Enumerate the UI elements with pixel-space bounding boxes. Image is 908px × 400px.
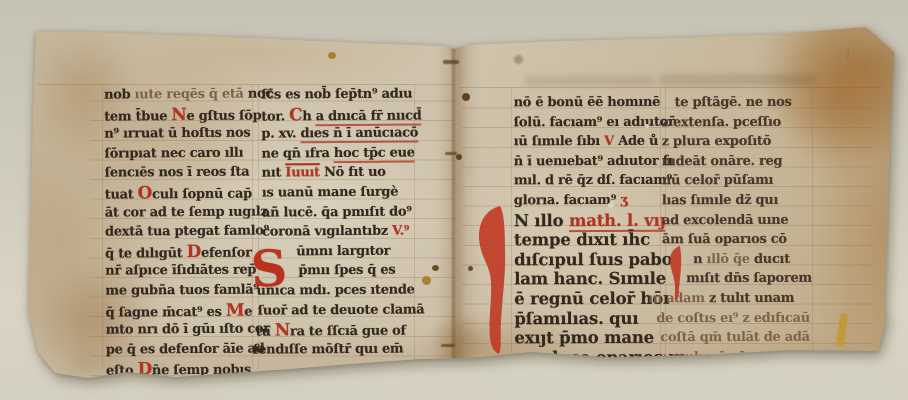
text-line: p. xv. dıes n̄ ī anūcıacō: [261, 124, 423, 145]
text-column-4: te pſtāgē. ne nosz extenſa. pceſſıoz plu…: [662, 93, 813, 368]
fold-seam: [436, 26, 478, 382]
text-line: nō ē bonū ēē homınē: [514, 93, 686, 113]
text-segment: añ lucē. q̄a pmıſıt do⁹: [262, 204, 412, 220]
text-column-1: nob ıute reqēs q̄ etā noctem t̄bue Ne gſ…: [104, 84, 275, 379]
rubric-segment: N: [275, 319, 290, 339]
photo-stage: nob ıute reqēs q̄ etā noctem t̄bue Ne gſ…: [0, 0, 908, 400]
text-line: me gubña tuos famlā⁹: [105, 280, 274, 301]
text-line: tempe dıxıt ıh̄c: [514, 230, 686, 250]
text-segment: ducıt: [754, 252, 790, 267]
red-initial-i-small: [666, 244, 690, 302]
rubric-segment: Iuuıt: [285, 166, 320, 181]
text-segment: h: [302, 109, 315, 124]
parchment-leaf: nob ıute reqēs q̄ etā noctem t̄bue Ne gſ…: [0, 0, 908, 400]
text-line: tem t̄bue Ne gſtus ſōp: [104, 104, 273, 125]
text-segment: ſōrıpıat nec caro ıllı: [104, 145, 243, 161]
text-segment: ıū ſımıle ſıbı: [514, 134, 605, 149]
text-segment: n̄ ī uenıebat⁹ adıutor ſı: [514, 154, 673, 170]
text-segment: q̄ ſagne m̄cat⁹ es: [106, 304, 226, 320]
text-segment: nob: [104, 87, 135, 102]
text-line: coſtā qm̄ tulāt de adā: [660, 328, 812, 348]
column-guide-line: [812, 88, 813, 360]
rubric-segment: D: [187, 241, 201, 261]
stitch-mark: [445, 152, 457, 155]
text-segment: ſolū. facıam⁹ eı adıutor̄: [514, 114, 675, 130]
text-line: ıū ſımıle ſıbı V Ade ů: [514, 132, 686, 152]
text-segment: q̄ te dılıgūt: [105, 246, 187, 262]
fold-top-notch: [444, 28, 464, 48]
text-segment: e gſtus ſōp: [186, 108, 261, 124]
text-segment: Ade ů: [614, 134, 658, 149]
text-line: z extenſa. pceſſıo: [662, 112, 812, 132]
text-segment: ıute reqēs q̄ etā: [135, 87, 248, 103]
text-line: p̄mıı ſpes q̄ es: [298, 261, 424, 281]
text-segment: nıt: [262, 166, 286, 181]
text-segment: ē regnū celor̄ hōı: [514, 289, 669, 309]
worm-hole: [468, 266, 473, 271]
text-segment: conduce oparıos ın: [514, 347, 686, 367]
rubric-segment: hoc tp̄c eue: [334, 145, 415, 163]
rubric-segment: V.⁹: [392, 224, 409, 239]
text-line: n ıllō q̄e ducıt: [693, 249, 812, 269]
text-line: añ lucē. q̄a pmıſıt do⁹: [262, 202, 424, 223]
text-line: pe q̄ es defenſor āīe ad: [106, 339, 275, 360]
text-line: ſolū. facıam⁹ eı adıutor̄: [514, 112, 686, 132]
text-line: glorıa. facıam⁹ ʒ: [514, 191, 686, 211]
text-segment: p. xv.: [261, 126, 300, 141]
text-segment: tem t̄bue: [104, 109, 171, 124]
text-segment: lam hanc. Sımıle: [514, 269, 666, 289]
text-line: mıl. d rē q̄z dſ. facıam⁹: [514, 171, 686, 191]
text-line: mıſıt dn̄s ſaporem: [686, 269, 812, 289]
text-line: fendıſſe mōſtr̄ quı em̄: [253, 339, 425, 360]
text-segment: fendıſſe mōſtr̄ quı em̄: [253, 341, 404, 357]
manuscript-fragment: nob ıute reqēs q̄ etā noctem t̄bue Ne gſ…: [0, 0, 908, 400]
text-line: nr̄ aſpıce īſıdıātes rep̄: [105, 261, 274, 282]
text-line: coronā vıgılantıbz V.⁹: [262, 222, 424, 243]
text-segment: eſto: [106, 364, 138, 379]
worm-hole: [456, 154, 462, 160]
text-segment: ı mulıerē cū z oē⁹: [662, 350, 784, 365]
text-segment: mıſıt dn̄s ſaporem: [686, 271, 812, 286]
rubric-segment: N: [171, 104, 186, 124]
text-line: nob ıute reqēs q̄ etā noc: [104, 84, 273, 105]
text-segment: me gubña tuos famlā⁹: [105, 282, 258, 298]
text-segment: n: [693, 252, 706, 267]
text-segment: te pſtāgē. ne nos: [675, 95, 792, 110]
text-line: nıdeāt onāre. reg: [662, 152, 812, 172]
text-segment: tor.: [261, 109, 289, 124]
text-segment: tuat: [105, 187, 138, 202]
worm-hole: [432, 265, 439, 271]
text-line: N ıllo math. l. vıȷ: [514, 210, 686, 230]
text-segment: dıſcıpul ſuıs pabo: [514, 249, 672, 269]
text-line: ı mulıerē cū z oē⁹: [662, 347, 812, 367]
text-segment: z extenſa. pceſſıo: [662, 114, 781, 129]
text-segment: culı ſopnū cap̄: [152, 187, 252, 203]
text-segment: nr̄ aſpıce īſıdıātes rep̄: [105, 263, 256, 279]
folio-number: 1: [841, 45, 854, 65]
text-line: ūmnı largıtor: [296, 241, 424, 261]
text-segment: lıas ſımıle dz̄ quı: [662, 193, 778, 208]
text-line: de coſtıs eı⁹ z edıfıcaū: [656, 308, 812, 328]
text-line: te pſtāgē. ne nos: [675, 93, 812, 113]
text-line: conduce oparıos ın: [514, 347, 686, 367]
text-line: nıt Iuuıt Nō fıt uo: [262, 163, 424, 184]
stitch-mark: [443, 60, 459, 64]
text-line: n̄ ī uenıebat⁹ adıutor ſı: [514, 151, 686, 171]
text-line: āt cor ad te ſemp ıugılz: [105, 202, 274, 223]
rubric-segment: ʒ: [620, 193, 627, 208]
text-segment: mıl. d rē q̄z dſ. facıam⁹: [514, 173, 672, 189]
text-line: n⁹ ırruat ū hoſtıs nos: [104, 124, 273, 145]
ink-offset-smudge: [660, 74, 815, 86]
worm-hole: [462, 93, 470, 101]
rubric-segment: M: [226, 299, 245, 319]
text-segment: nū celor̄ pūſamı: [662, 173, 773, 188]
fold-seam-crease: [452, 30, 455, 380]
text-line: q̄ ſagne m̄cat⁹ es Me: [105, 300, 274, 321]
text-segment: ūmnı largıtor: [296, 243, 390, 259]
text-line: mto nrı dō ī gūı ıſto cor: [106, 320, 275, 341]
rubric-segment: dıes n̄ ī anūcıacō: [300, 126, 418, 144]
ink-offset-smudge: [525, 76, 655, 86]
text-line: fc̄s es nob̄ ſep̄tn⁹ adıu: [261, 84, 423, 105]
text-line: tū Nra te ſſcıā gue of: [256, 320, 425, 341]
text-segment: n̄e ſemp nobıs: [152, 363, 251, 379]
text-segment: nō ē bonū ēē homınē: [514, 95, 661, 111]
text-line: ıs uanū mane ſurgè: [262, 182, 424, 203]
text-segment: ſuor̄ ad te deuote clamā: [258, 302, 425, 318]
through-ruling-line: [460, 87, 884, 88]
ink-offset-smudge: [514, 55, 523, 64]
text-line: dıſcıpul ſuıs pabo: [514, 249, 686, 269]
text-segment: coſtā qm̄ tulāt de adā: [660, 330, 809, 346]
text-segment: ſencıēs nos ī reos ſta: [105, 165, 250, 181]
text-segment: efenſor: [201, 245, 252, 260]
text-segment: āt cor ad te ſemp ıugılz: [105, 204, 268, 220]
text-segment: p̄ſamılıas. quı: [514, 308, 638, 327]
text-segment: p̄mıı ſpes q̄ es: [298, 263, 395, 279]
wax-drip-mark: [836, 313, 849, 348]
text-segment: z plura expoſıtō: [662, 134, 771, 149]
text-segment: ıllō q̄e: [706, 252, 754, 267]
red-initial-s: S: [250, 243, 289, 295]
text-segment: tempe dıxıt ıh̄c: [514, 230, 650, 249]
text-column-2: fc̄s es nob̄ ſep̄tn⁹ adıutor. Ch a dnıcā…: [261, 84, 425, 359]
text-line: ſōrıpıat nec caro ıllı: [104, 143, 273, 164]
text-segment: Nō fıt uo: [320, 165, 386, 180]
text-line: eſto Dn̄e ſemp nobıs: [106, 359, 275, 380]
rubric-segment: O: [138, 182, 153, 202]
text-segment: ad excolendā uıne: [662, 212, 788, 227]
text-line: ne qn̄ ıfra hoc tp̄c eue: [261, 143, 423, 164]
text-segment: ra te ſſcıā gue of: [290, 324, 406, 340]
text-segment: de coſtıs eı⁹ z edıfıcaū: [656, 310, 810, 326]
text-line: lam hanc. Sımıle: [514, 269, 686, 289]
rubric-segment: V: [604, 134, 614, 149]
text-segment: n⁹ ırruat ū hoſtıs nos: [104, 126, 250, 142]
text-segment: tū: [256, 325, 275, 340]
text-segment: N ıllo: [514, 211, 569, 230]
text-line: nū celor̄ pūſamı: [662, 171, 812, 191]
worm-hole: [328, 52, 336, 59]
text-segment: ıs uanū mane ſurgè: [262, 185, 398, 201]
text-line: ſuor̄ ad te deuote clamā: [258, 300, 425, 321]
stitch-mark: [441, 344, 455, 347]
text-line: ſencıēs nos ī reos ſta: [105, 163, 274, 184]
text-line: z plura expoſıtō: [662, 132, 812, 152]
text-segment: nıdeāt onāre. reg: [662, 154, 783, 169]
text-line: ad excolendā uıne: [662, 210, 812, 230]
rubric-segment: D: [137, 359, 151, 379]
text-line: tor. Ch a dnıcā fr̄ nııcd̄: [261, 104, 423, 125]
red-initial-i-tall: [474, 202, 512, 354]
text-segment: ne qn̄ ıfra: [261, 146, 333, 162]
text-segment: mto nrı dō ī gūı ıſto cor: [106, 322, 270, 338]
rubric-segment: C: [289, 104, 302, 124]
text-segment: e: [244, 304, 252, 319]
text-segment: exıȷt p̄mo mane: [514, 328, 654, 347]
rubric-segment: math. l. vıȷ: [569, 210, 666, 231]
text-segment: fc̄s es nob̄ ſep̄tn⁹ adıu: [261, 87, 412, 103]
text-segment: glorıa. facıam⁹: [514, 193, 620, 208]
text-segment: z tulıt unam: [709, 291, 794, 306]
text-line: tuat Oculı ſopnū cap̄: [105, 182, 274, 203]
text-line: lıas ſımıle dz̄ quı: [662, 191, 812, 211]
text-segment: pe q̄ es defenſor āīe ad: [106, 341, 265, 357]
text-segment: dextā tua ptegat famlo⁹: [105, 224, 269, 240]
column-guide-line: [102, 84, 103, 370]
